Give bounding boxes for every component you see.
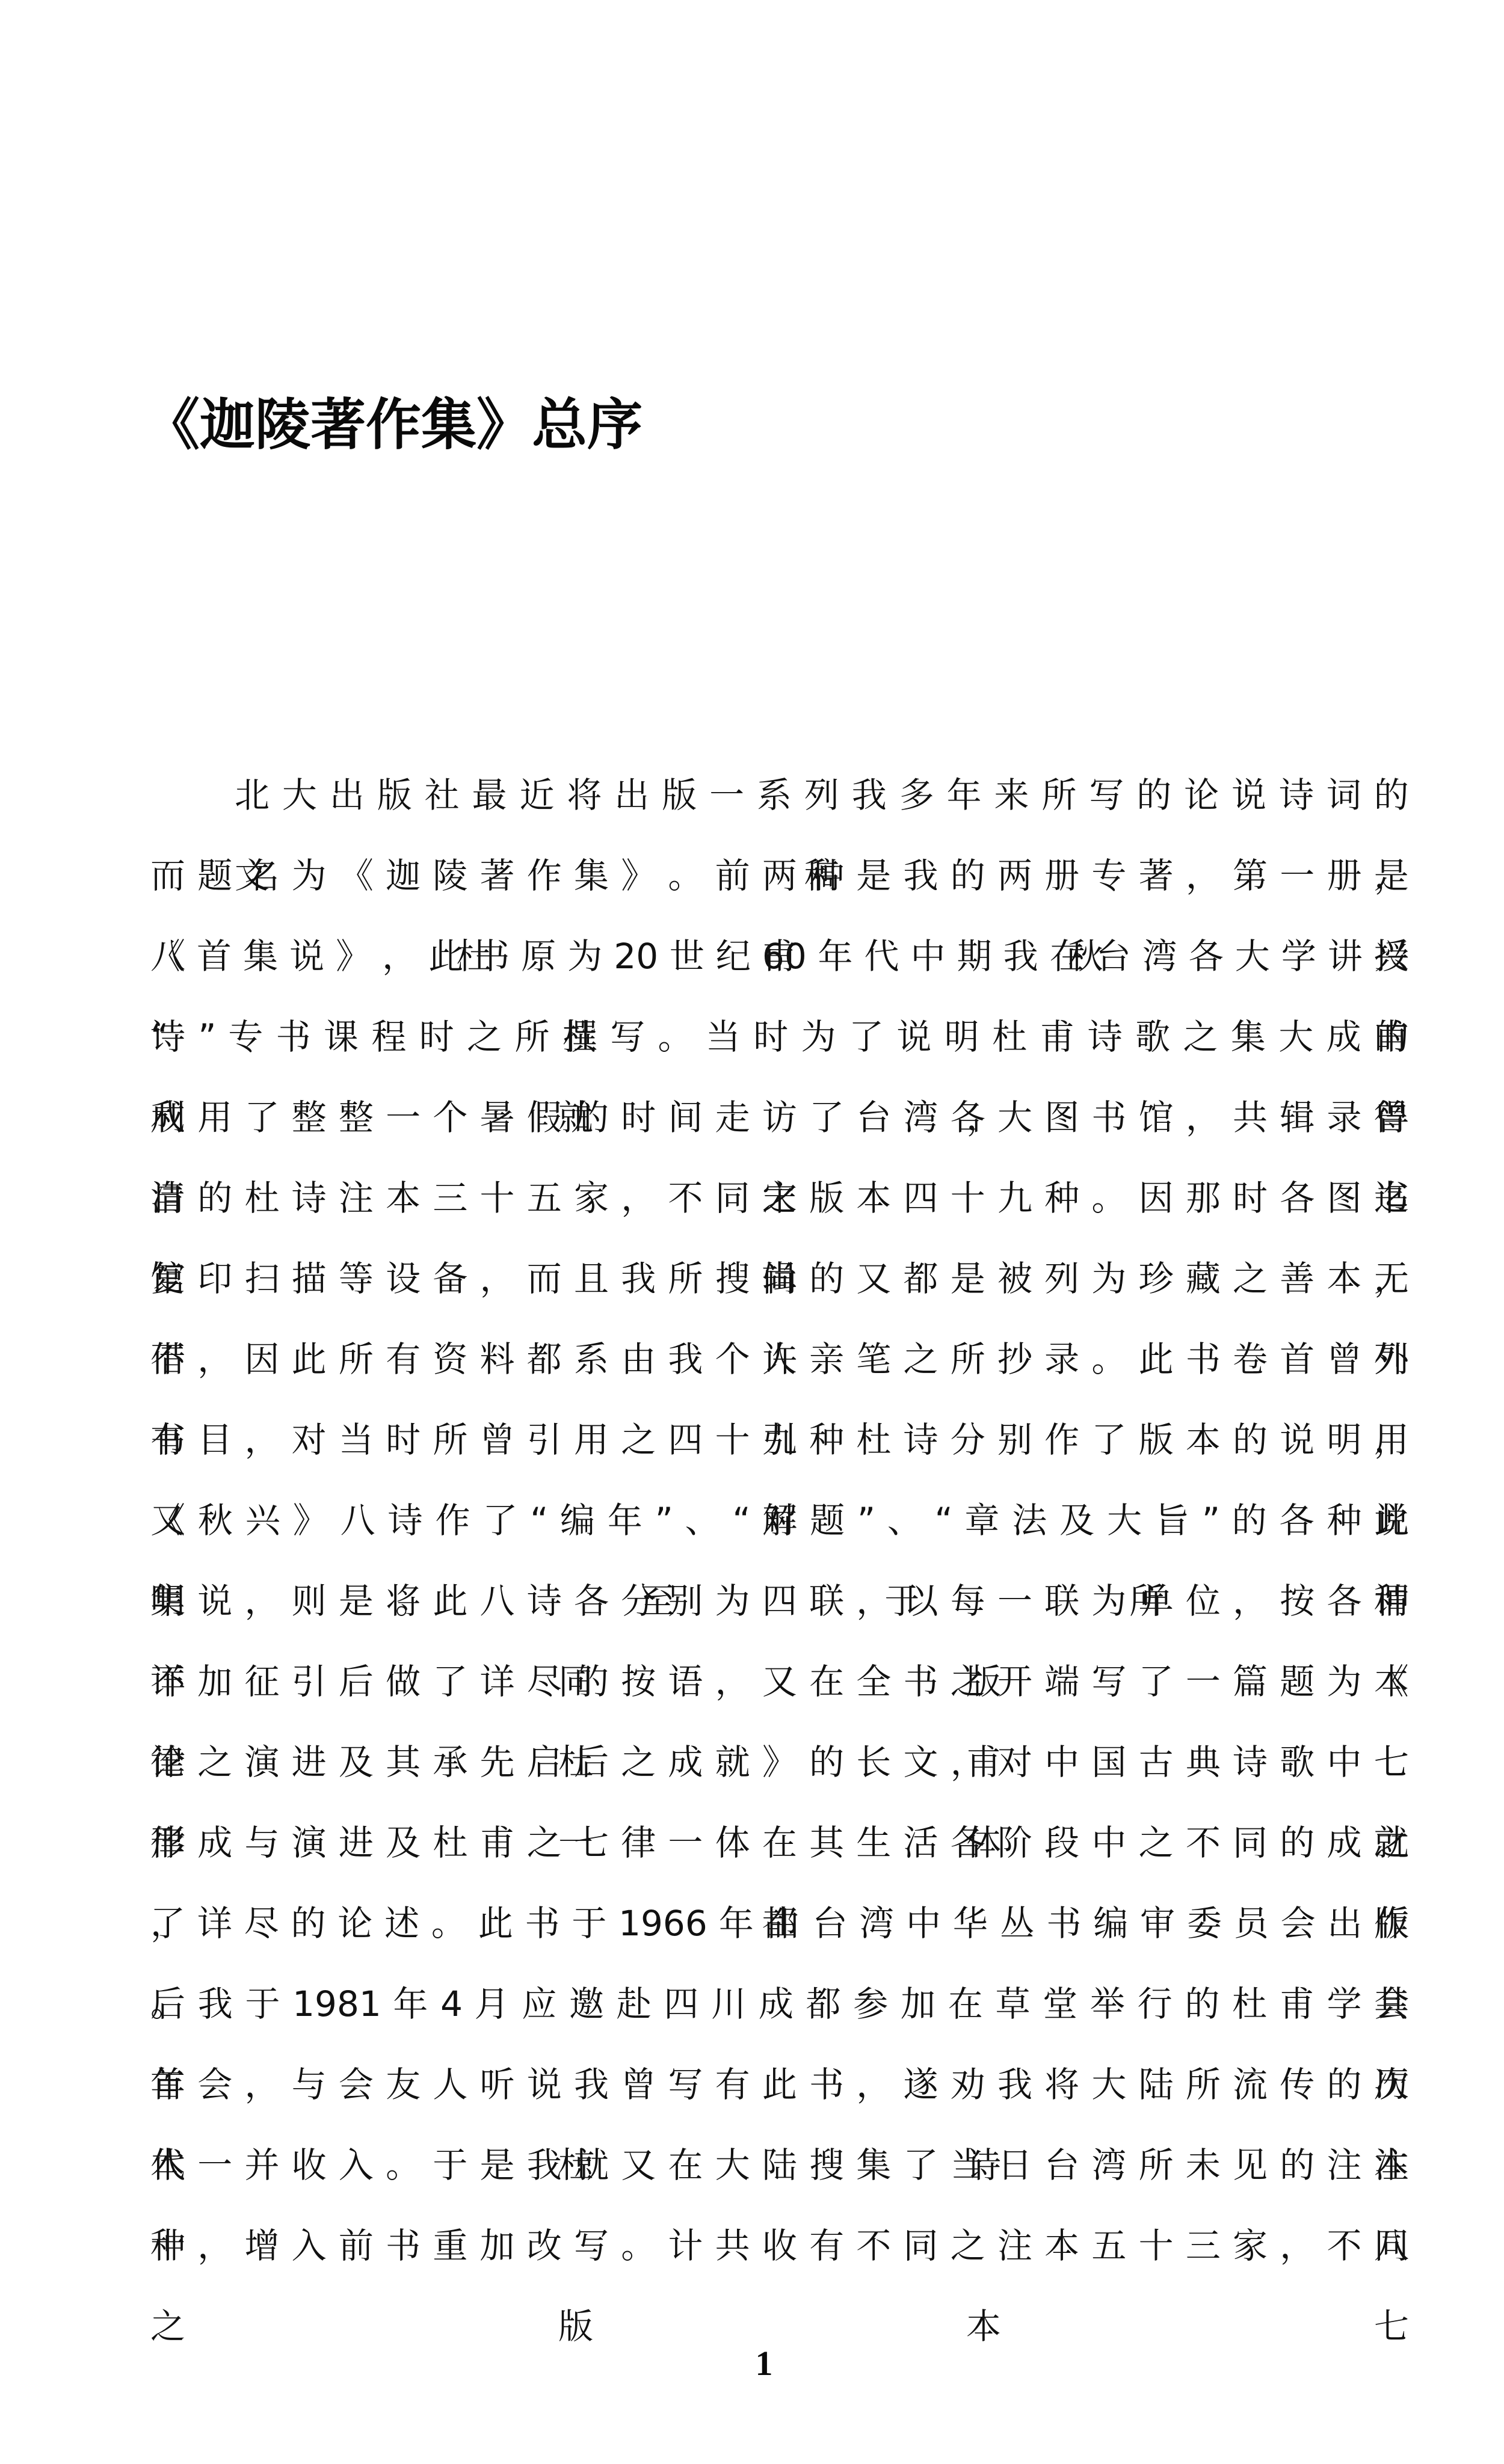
glyph: 杜 (244, 1178, 280, 1218)
glyph: 整 (339, 1097, 374, 1138)
glyph: 与 (244, 1822, 280, 1863)
glyph: 假 (527, 1097, 562, 1138)
glyph: 甫 (1280, 1983, 1315, 2024)
glyph: 国 (1091, 1742, 1127, 1783)
glyph: 》 (762, 1742, 798, 1783)
glyph: 于 (245, 1983, 280, 2024)
glyph: 所 (339, 1339, 374, 1380)
glyph: 访 (762, 1097, 798, 1138)
glyph: 暑 (480, 1097, 516, 1138)
glyph: 论 (1184, 775, 1219, 816)
glyph: 的 (951, 855, 986, 896)
glyph: 前 (715, 855, 751, 896)
glyph: 集 (150, 1581, 186, 1621)
glyph: 诗 (1088, 1016, 1123, 1057)
page-number: 1 (746, 2343, 782, 2385)
glyph: 开 (997, 1661, 1033, 1702)
glyph: 九 (762, 1419, 798, 1460)
glyph: 个 (433, 1097, 468, 1138)
glyph: 曾 (1327, 1339, 1362, 1380)
glyph: 《 (1374, 1661, 1409, 1702)
glyph: 四 (668, 1419, 703, 1460)
glyph: 北 (235, 775, 270, 816)
glyph: 本 (1186, 1419, 1221, 1460)
glyph: 联 (809, 1581, 845, 1621)
glyph: 的 (197, 1178, 233, 1218)
glyph: 作 (527, 855, 562, 896)
glyph: 为 (1091, 1258, 1127, 1299)
glyph: ” (655, 1500, 673, 1541)
glyph: 举 (1090, 1983, 1126, 2024)
glyph: 陆 (762, 2145, 798, 2186)
glyph: 后 (150, 1983, 186, 2024)
glyph: ， (715, 1661, 751, 1702)
glyph: 后 (339, 1661, 374, 1702)
glyph: 将 (567, 775, 602, 816)
glyph: 出 (1327, 1903, 1363, 1944)
glyph: 录 (1327, 1097, 1362, 1138)
glyph: 明 (945, 1016, 980, 1057)
glyph: 会 (197, 2064, 233, 2105)
glyph: 了 (1091, 1419, 1127, 1460)
glyph: 一 (197, 2145, 233, 2186)
glyph: 征 (244, 1661, 280, 1702)
glyph: 章 (964, 1500, 1000, 1541)
glyph: ， (1233, 1581, 1268, 1621)
glyph: 十 (715, 1419, 751, 1460)
text-line: 书 目 ， 对 当 时 所 曾 引 用 之 四 十 九 种 杜 诗 分 别 作 … (150, 1399, 1409, 1480)
glyph: 集 (574, 855, 609, 896)
glyph: 20 (614, 936, 658, 977)
glyph: 尽 (527, 1661, 562, 1702)
glyph: 系 (574, 1339, 609, 1380)
glyph: 。 (1091, 1339, 1127, 1380)
glyph: 应 (522, 1983, 557, 2024)
glyph: 种 (1327, 1500, 1362, 1541)
glyph: 为 (1091, 1581, 1127, 1621)
glyph: 五 (527, 1178, 562, 1218)
glyph: 之 (150, 2306, 366, 2347)
glyph: 本 (386, 1178, 421, 1218)
glyph: 《 (150, 1500, 186, 1541)
glyph: 4 (440, 1983, 463, 2024)
glyph: 活 (904, 1822, 939, 1863)
glyph: 书 (809, 2064, 845, 2105)
glyph: 我 (852, 775, 887, 816)
glyph: 藏 (1186, 1258, 1221, 1299)
glyph: 及 (386, 1822, 421, 1863)
glyph: 我 (668, 1339, 703, 1380)
glyph: 册 (1327, 855, 1362, 896)
glyph: 1981 (292, 1983, 381, 2024)
glyph: 书 (475, 936, 510, 977)
glyph: 说 (1374, 1500, 1409, 1541)
glyph: 了 (1139, 1661, 1174, 1702)
glyph: 又 (762, 1661, 798, 1702)
glyph: 集 (1231, 1016, 1266, 1057)
glyph: ， (382, 936, 417, 977)
glyph: 将 (1044, 2064, 1080, 2105)
glyph: 我 (1003, 936, 1038, 977)
glyph: 的 (1374, 1016, 1409, 1057)
glyph: 书 (904, 1661, 939, 1702)
glyph: 解 (762, 1500, 798, 1541)
glyph: 著 (480, 855, 516, 896)
glyph: 那 (1186, 1178, 1221, 1218)
glyph: 世 (670, 936, 704, 977)
glyph: 书 (1047, 1903, 1082, 1944)
glyph: 之 (467, 1016, 502, 1057)
glyph: 列 (1044, 1258, 1080, 1299)
glyph: 诗 (1279, 775, 1314, 816)
glyph: 流 (1233, 2064, 1268, 2105)
glyph: 60 (762, 936, 807, 977)
glyph: 本 (1327, 1258, 1362, 1299)
glyph: 说 (527, 2064, 562, 2105)
text-line: 集 说 ， 则 是 将 此 八 诗 各 分 别 为 四 联 ， 以 每 一 联 … (150, 1561, 1409, 1641)
glyph: 用 (197, 1097, 233, 1138)
glyph: 的 (1136, 775, 1172, 816)
glyph: 说 (896, 1016, 932, 1057)
glyph: 丛 (1000, 1903, 1035, 1944)
glyph: 的 (1374, 775, 1409, 816)
glyph: 的 (1185, 1983, 1220, 2024)
glyph: 一 (997, 1581, 1033, 1621)
glyph: 前 (339, 2225, 374, 2266)
glyph: 增 (244, 2225, 280, 2266)
glyph: 授 (1374, 936, 1409, 977)
glyph: 我 (621, 1258, 656, 1299)
glyph: 之 (1233, 1258, 1268, 1299)
glyph: 会 (1374, 1983, 1409, 2024)
glyph: 讲 (1328, 936, 1363, 977)
glyph: “ (935, 1500, 953, 1541)
glyph: 复 (150, 1258, 186, 1299)
glyph: 及 (1059, 1500, 1095, 1541)
text-line: 本 一 并 收 入 。 于 是 我 就 又 在 大 陆 搜 集 了 当 日 台 … (150, 2125, 1409, 2205)
glyph: 版 (558, 2306, 774, 2347)
glyph: 注 (339, 1178, 374, 1218)
glyph: 湾 (859, 1903, 895, 1944)
glyph: 卷 (1233, 1339, 1268, 1380)
glyph: 题 (810, 1500, 845, 1541)
glyph: 参 (853, 1983, 889, 2024)
glyph: 大 (1235, 936, 1270, 977)
glyph: 版 (377, 775, 413, 816)
glyph: 之 (197, 1742, 233, 1783)
glyph: 各 (1280, 1178, 1315, 1218)
glyph: 个 (715, 1339, 751, 1380)
glyph: 本 (856, 1178, 892, 1218)
text-line: 而 题 名 为 《 迦 陵 著 作 集 》 。 前 两 种 是 我 的 两 册 … (150, 835, 1409, 916)
glyph: 出 (330, 775, 365, 816)
glyph: 段 (1044, 1822, 1080, 1863)
glyph: 了 (849, 1016, 884, 1057)
glyph: 入 (339, 2145, 374, 2186)
glyph: 题 (1280, 1661, 1315, 1702)
glyph: 其 (386, 1742, 421, 1783)
glyph: ， (244, 1581, 280, 1621)
text-line: 北 大 出 版 社 最 近 将 出 版 一 系 列 我 多 年 来 所 写 的 … (150, 755, 1409, 835)
glyph: 》 (621, 855, 656, 896)
glyph: 演 (292, 1822, 327, 1863)
glyph: 各 (951, 1097, 986, 1138)
glyph: 词 (1327, 775, 1362, 816)
glyph: 有 (809, 2225, 845, 2266)
glyph: 共 (1233, 1097, 1268, 1138)
glyph: ， (1186, 855, 1221, 896)
glyph: 成 (1327, 1822, 1362, 1863)
glyph: 注 (1327, 2145, 1362, 2186)
glyph: 由 (766, 1903, 801, 1944)
glyph: 的 (1327, 2064, 1362, 2105)
glyph: 两 (762, 855, 798, 896)
glyph: 在 (809, 1661, 845, 1702)
glyph: 是 (339, 1581, 374, 1621)
glyph: ， (1374, 1419, 1409, 1460)
glyph: 的 (809, 1742, 845, 1783)
glyph: 按 (621, 1661, 656, 1702)
glyph: 详 (150, 1661, 186, 1702)
glyph: 为 (1327, 1661, 1362, 1702)
glyph: 详 (197, 1903, 233, 1944)
glyph: 珍 (1139, 1258, 1174, 1299)
glyph: 版 (662, 775, 697, 816)
glyph: 改 (527, 2225, 562, 2266)
glyph: 堂 (1043, 1983, 1078, 2024)
glyph: 详 (480, 1661, 516, 1702)
glyph: 之 (1183, 1016, 1219, 1057)
glyph: 了 (433, 1661, 468, 1702)
glyph: 是 (480, 2145, 516, 2186)
glyph: 八 (341, 1500, 376, 1541)
glyph: 当 (951, 2145, 986, 2186)
glyph: 尽 (244, 1903, 280, 1944)
glyph: 三 (1186, 2225, 1221, 2266)
glyph: 秋 (198, 1500, 233, 1541)
glyph: 之 (951, 2225, 986, 2266)
glyph: 书 (386, 2225, 421, 2266)
glyph: 说 (1280, 1419, 1315, 1460)
glyph: 及 (339, 1742, 374, 1783)
glyph: 。 (386, 2145, 421, 2186)
glyph: 印 (197, 1258, 233, 1299)
glyph: 专 (1091, 855, 1127, 896)
glyph: 我 (904, 855, 939, 896)
glyph: 种 (809, 855, 845, 896)
text-line: 后 我 于 1981 年 4 月 应 邀 赴 四 川 成 都 参 加 在 草 堂… (150, 1964, 1409, 2044)
glyph: 大 (715, 2145, 751, 2186)
glyph: 历 (1374, 2064, 1409, 2105)
text-line: 年 会 ， 与 会 友 人 听 说 我 曾 写 有 此 书 ， 遂 劝 我 将 … (150, 2044, 1409, 2125)
glyph: 我 (198, 1983, 233, 2024)
glyph: 册 (1044, 855, 1080, 896)
glyph: 。 (658, 1016, 694, 1057)
glyph: 1966 (618, 1903, 707, 1944)
glyph: 员 (1234, 1903, 1269, 1944)
glyph: 的 (291, 1903, 326, 1944)
glyph: 日 (997, 2145, 1033, 2186)
text-line: 复 印 扫 描 等 设 备 ， 而 且 我 所 搜 辑 的 又 都 是 被 列 … (150, 1238, 1409, 1319)
glyph: 十 (1139, 2225, 1174, 2266)
glyph: 而 (527, 1258, 562, 1299)
glyph: 古 (1139, 1742, 1174, 1783)
glyph: 种 (150, 2225, 186, 2266)
glyph: 搜 (715, 1258, 751, 1299)
glyph: 演 (244, 1742, 280, 1783)
glyph: 计 (668, 2225, 703, 2266)
glyph: 形 (150, 1822, 186, 1863)
glyph: 的 (574, 1097, 609, 1138)
glyph: 的 (1280, 1822, 1315, 1863)
glyph: 湾 (1091, 2145, 1127, 2186)
glyph: 所 (433, 1419, 468, 1460)
glyph: 了 (904, 2145, 939, 2186)
glyph: 说 (197, 1581, 233, 1621)
text-line: 律 之 演 进 及 其 承 先 启 后 之 成 就 》 的 长 文 ， 对 中 … (150, 1722, 1409, 1802)
glyph: 写 (1089, 775, 1124, 816)
glyph: 联 (1044, 1581, 1080, 1621)
glyph: 在 (948, 1983, 984, 2024)
glyph: 共 (715, 2225, 751, 2266)
glyph: 最 (472, 775, 508, 816)
glyph: 出 (614, 775, 650, 816)
glyph: 月 (475, 1983, 510, 2024)
glyph: 之 (904, 1339, 939, 1380)
glyph: 是 (1374, 855, 1409, 896)
glyph: 得 (1374, 1097, 1409, 1138)
glyph: 则 (292, 1581, 327, 1621)
glyph: 当 (339, 1419, 374, 1460)
glyph: 行 (1138, 1983, 1173, 2024)
glyph: 先 (480, 1742, 516, 1783)
glyph: 抄 (997, 1339, 1033, 1380)
text-line: 借 ， 因 此 所 有 资 料 都 系 由 我 个 人 亲 笔 之 所 抄 录 … (150, 1319, 1409, 1399)
glyph: 引 (292, 1661, 327, 1702)
glyph: 第 (1233, 855, 1268, 896)
glyph: 阶 (997, 1822, 1033, 1863)
glyph: 书 (276, 1016, 312, 1057)
glyph: 本 (966, 2306, 1182, 2347)
glyph: 注 (997, 2225, 1033, 2266)
glyph: 近 (519, 775, 555, 816)
glyph: ， (244, 1419, 280, 1460)
glyph: 成 (197, 1822, 233, 1863)
glyph: 在 (1050, 936, 1085, 977)
glyph: 台 (812, 1903, 848, 1944)
glyph: 。 (668, 855, 703, 896)
glyph: 多 (899, 775, 935, 816)
glyph: 列 (804, 775, 840, 816)
glyph: 为 (715, 1581, 751, 1621)
glyph: 大 (1091, 2064, 1127, 2105)
glyph: 版 (1139, 1419, 1174, 1460)
glyph: 清 (150, 1178, 186, 1218)
glyph: 述 (384, 1903, 420, 1944)
page-title: 《迦陵著作集》总序 (144, 389, 643, 461)
glyph: 设 (386, 1258, 421, 1299)
glyph: 用 (574, 1419, 609, 1460)
glyph: 端 (1044, 1661, 1080, 1702)
glyph: 体 (715, 1822, 751, 1863)
glyph: 加 (480, 2225, 516, 2266)
glyph: 种 (809, 1419, 845, 1460)
glyph: 迦 (386, 855, 421, 896)
glyph: 同 (1374, 2225, 1409, 2266)
glyph: 都 (806, 1983, 842, 2024)
glyph: 善 (1280, 1258, 1315, 1299)
glyph: 十 (951, 1178, 986, 1218)
glyph: 篇 (1233, 1661, 1268, 1702)
text-line: 种 ， 增 入 前 书 重 加 改 写 。 计 共 收 有 不 同 之 注 本 … (150, 2205, 1409, 2286)
glyph: 的 (1233, 1419, 1268, 1460)
glyph: 编 (1093, 1903, 1129, 1944)
glyph: 备 (433, 1258, 468, 1299)
glyph: 的 (1232, 1500, 1268, 1541)
glyph: 湾 (1142, 936, 1177, 977)
glyph: 将 (386, 1581, 421, 1621)
glyph: 名 (244, 855, 280, 896)
glyph: 就 (715, 1742, 751, 1783)
glyph: 进 (339, 1822, 374, 1863)
text-line: 清 的 杜 诗 注 本 三 十 五 家 ， 不 同 之 版 本 四 十 九 种 … (150, 1158, 1409, 1238)
glyph: 都 (904, 1258, 939, 1299)
glyph: 别 (997, 1419, 1033, 1460)
glyph: 料 (480, 1339, 516, 1380)
glyph: 且 (574, 1258, 609, 1299)
glyph: 诗 (1233, 1742, 1268, 1783)
glyph: 甫 (480, 1822, 516, 1863)
glyph: 四 (762, 1581, 798, 1621)
glyph: 当 (706, 1016, 741, 1057)
glyph: 华 (953, 1903, 988, 1944)
glyph: 年 (150, 2064, 186, 2105)
glyph: 之 (951, 1661, 986, 1702)
glyph: 于 (433, 2145, 468, 2186)
glyph: 台 (856, 1097, 892, 1138)
glyph: 集 (856, 2145, 892, 2186)
glyph: 专 (228, 1016, 264, 1057)
glyph: 馆 (1139, 1097, 1174, 1138)
glyph: 典 (1186, 1742, 1221, 1783)
glyph: 成 (668, 1742, 703, 1783)
glyph: 中 (1327, 1742, 1362, 1783)
glyph: 期 (957, 936, 992, 977)
glyph: 对 (292, 1419, 327, 1460)
glyph: 纪 (716, 936, 751, 977)
glyph: 杜 (433, 1822, 468, 1863)
glyph: 描 (292, 1258, 327, 1299)
glyph: 陵 (433, 855, 468, 896)
glyph: 书 (1186, 1339, 1221, 1380)
glyph: 中 (1044, 1742, 1080, 1783)
glyph: 生 (856, 1822, 892, 1863)
glyph: 五 (1091, 2225, 1127, 2266)
glyph: 未 (1186, 2145, 1221, 2186)
glyph: 之 (621, 1742, 656, 1783)
glyph: 诗 (150, 1016, 186, 1057)
glyph: 、 (887, 1500, 923, 1541)
glyph: 成 (759, 1983, 794, 2024)
glyph: 我 (527, 2145, 562, 2186)
glyph: 书 (150, 1419, 186, 1460)
glyph: 中 (911, 936, 946, 977)
glyph: 七 (574, 1822, 609, 1863)
glyph: 集 (243, 936, 278, 977)
glyph: 系 (757, 775, 792, 816)
text-line: 利 用 了 整 整 一 个 暑 假 的 时 间 走 访 了 台 湾 各 大 图 … (150, 1077, 1409, 1158)
glyph: 兴 (245, 1500, 281, 1541)
